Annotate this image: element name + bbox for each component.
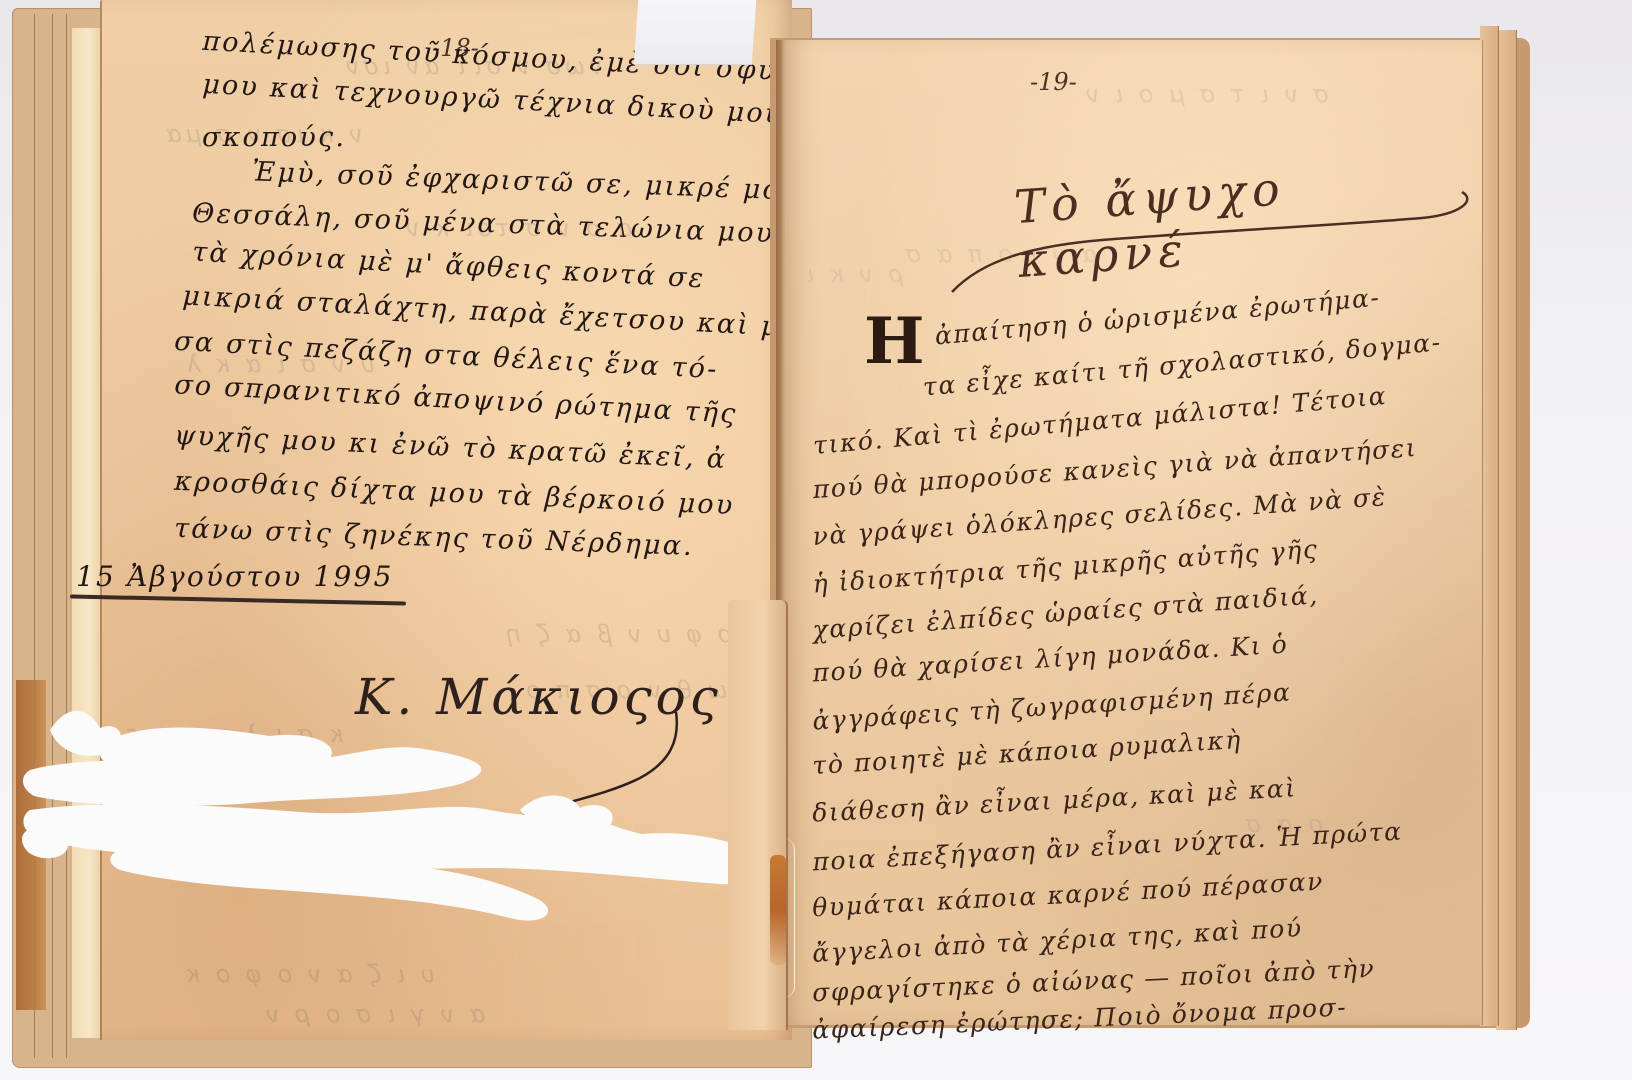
handwritten-line: τὸ ποιητὲ μὲ κάποια ρυμαλικὴ	[812, 725, 1243, 780]
handwritten-line: ψυχῆς μου κι ἐνῶ τὸ κρατῶ ἐκεῖ, ἀ	[174, 420, 728, 475]
right-page: σ ν ι τ σ μ ο ι ν α ν ι ο π α σ ρ ν κ ι …	[782, 40, 1483, 1025]
binding-thread	[782, 838, 795, 998]
bleed-through-text: σ ν ι τ σ μ ο ι ν	[1082, 80, 1329, 108]
date: 15 Ἀβγούστου 1995	[76, 560, 394, 593]
handwritten-line: τάνω στὶς ζηνέκης τοῦ Νέρδημα.	[174, 513, 695, 562]
bleed-through-text: ρ φ υ ν β α ζ η	[502, 620, 733, 648]
page-number: -19-	[1030, 68, 1077, 96]
page-edge	[1496, 30, 1517, 1030]
bleed-through-text: υ ι ζ α ν ο φ ο κ	[182, 960, 435, 988]
handwritten-line: Ἐμὺ, σοῦ ἐφχαριστῶ σε, μικρέ μου	[252, 156, 800, 206]
handwritten-line: κροσθάις δίχτα μου τὰ βέρκοιό μου	[174, 466, 736, 521]
drop-cap: Η	[864, 304, 924, 379]
title-underline	[942, 190, 1482, 300]
bleed-through-text: ρ ν κ ι	[802, 260, 904, 288]
bleed-through-text: α ν γ ι σ ο ρ ν	[262, 1000, 486, 1028]
handwritten-line: σκοπούς.	[202, 122, 346, 153]
handwritten-line: θυμάται κάποια καρνέ πού πέρασαν	[812, 867, 1325, 923]
handwritten-line: διάθεση ἂν εἶναι μέρα, καὶ μὲ καὶ	[812, 773, 1298, 827]
torn-page-strip	[728, 600, 788, 1030]
white-correction-paint	[20, 700, 780, 940]
inserted-paper-flap	[634, 0, 757, 65]
notebook-photo: νωσ ν σιτ αν ισν ν κ ισ ν σ μα α σ ν σ τ…	[0, 0, 1632, 1080]
